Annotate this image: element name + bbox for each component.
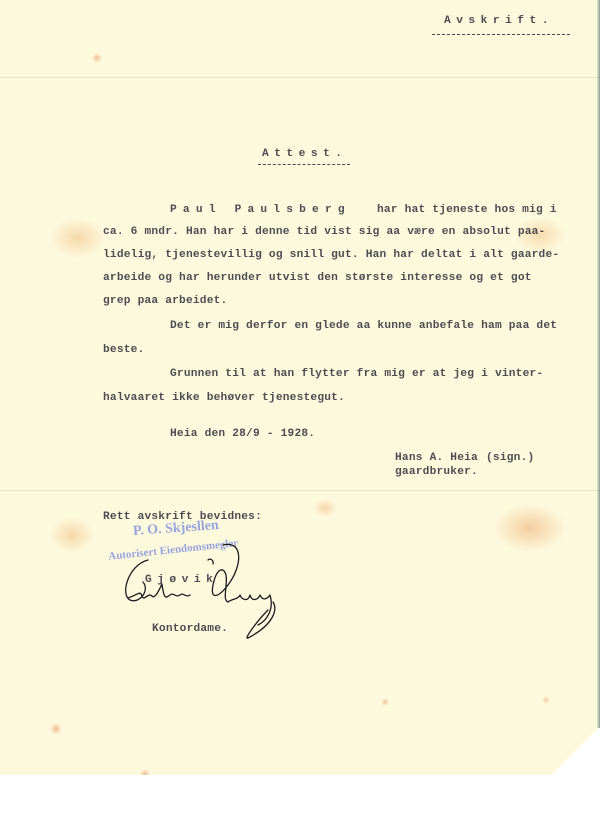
header-label: Avskrift. [444,15,554,27]
body-line: beste. [103,344,144,356]
body-line: ca. 6 mndr. Han har i denne tid vist sig… [103,226,545,238]
document-title: Attest. [262,148,348,160]
fold-line [0,490,600,491]
header-underline [432,34,570,35]
body-line: Det er mig derfor en glede aa kunne anbe… [170,320,557,332]
sign-note: (sign.) [486,452,534,464]
body-line: grep paa arbeidet. [103,295,227,307]
fold-line [0,77,600,78]
document-page: Avskrift. Attest. Paul Paulsberg har hat… [0,0,600,775]
title-underline [258,164,350,165]
body-line: lidelig, tjenestevillig og snill gut. Ha… [103,249,559,261]
signatory-title: gaardbruker. [395,466,478,478]
place-date: Heia den 28/9 - 1928. [170,428,315,440]
body-line: halvaaret ikke behøver tjenestegut. [103,392,345,404]
body-line: Grunnen til at han flytter fra mig er at… [170,368,543,380]
body-line: arbeide og har herunder utvist den størs… [103,272,532,284]
certifier-role: Kontordame. [152,623,228,635]
signatory-name: Hans A. Heia [395,452,478,464]
body-line: har hat tjeneste hos mig i [377,204,557,216]
employee-name: Paul Paulsberg [170,204,351,216]
folded-corner [550,728,600,775]
